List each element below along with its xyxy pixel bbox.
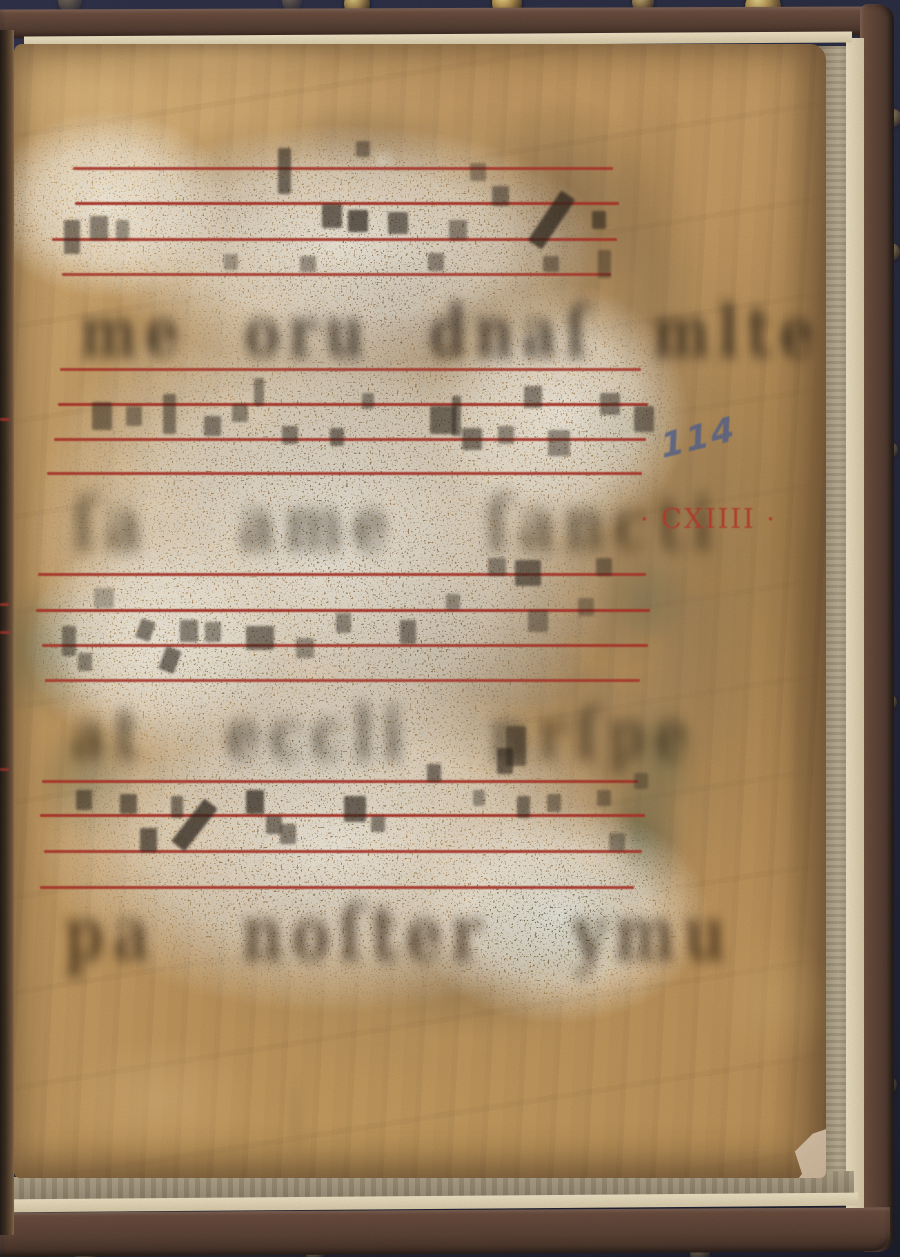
neume [94,588,114,608]
neume [348,210,368,232]
manuscript-photograph: me oru dnaſ mlteſa ame ſanctiat eccli nr… [0,0,900,1257]
leather-cover-edge-bottom [0,1207,890,1256]
staff-line-tick [0,603,9,606]
neume [204,416,221,436]
neume [116,220,129,240]
neume [492,186,509,206]
neume [597,790,611,806]
faded-chant-text: me oru dnaſ mlte [80,290,822,373]
folio-number-ink: · CXIIII · [640,504,777,535]
staff-line [44,850,642,853]
staff-line [62,273,611,276]
neume [344,796,366,822]
neume [470,163,486,181]
neume [64,220,80,254]
neume [336,613,351,633]
staff-line [58,403,648,406]
neume [180,620,198,642]
neume [90,216,108,240]
staff-line [47,472,642,475]
neume [171,796,183,818]
neume [578,598,594,616]
staff-line [38,573,646,576]
neume [598,250,611,278]
neume [62,626,76,656]
neume [547,794,561,812]
neume [498,426,514,444]
neume [322,204,342,228]
neume [462,428,482,450]
neume [548,430,570,456]
neume [282,426,298,444]
neume [609,833,625,851]
neume [330,428,344,446]
neume [224,254,238,270]
neume [524,386,542,408]
page-edge-cream-right [846,38,864,1208]
staff-line-tick [0,631,10,634]
faded-chant-text: pa noſter ymu [64,890,734,978]
neume [543,256,559,272]
neume [592,211,606,229]
neume [528,610,548,632]
neume [371,816,385,832]
neume [246,626,274,650]
neume [428,253,444,271]
neume [278,148,291,194]
faded-chant-text: ſa ame ſancti [72,482,722,568]
faded-chant-text: at eccli nrſpe [70,692,698,775]
neume [126,406,142,426]
neume [473,790,485,806]
staff-line [42,780,638,783]
staff-line [75,202,619,205]
staff-line [36,609,650,612]
staff-line [73,167,613,170]
neume [120,794,137,814]
neume [76,790,92,810]
neume [300,256,316,272]
neume [254,378,264,406]
stain [30,1015,290,1178]
neume [634,406,654,432]
neume [600,393,620,415]
staff-line-tick [0,418,10,421]
staff-line [40,886,634,889]
neume [232,404,248,422]
neume [280,824,296,844]
neume [446,594,460,610]
neume [140,828,157,852]
neume [78,653,92,671]
neume [163,394,176,434]
staff-line [40,814,645,817]
parchment-leaf: me oru dnaſ mlteſa ame ſanctiat eccli nr… [14,44,826,1178]
staff-line [42,644,648,647]
neume [634,773,648,789]
neume [246,790,264,814]
neume [388,212,408,234]
neume [362,393,374,409]
staff-line-tick [0,768,9,771]
leather-cover-edge-right [860,4,894,1252]
neume [517,796,530,818]
neume [205,622,221,642]
neume [356,141,370,157]
neume [92,402,112,430]
staff-line [45,679,640,682]
neume [449,220,467,240]
neume [452,396,461,436]
neume [296,638,314,658]
neume [400,620,416,644]
